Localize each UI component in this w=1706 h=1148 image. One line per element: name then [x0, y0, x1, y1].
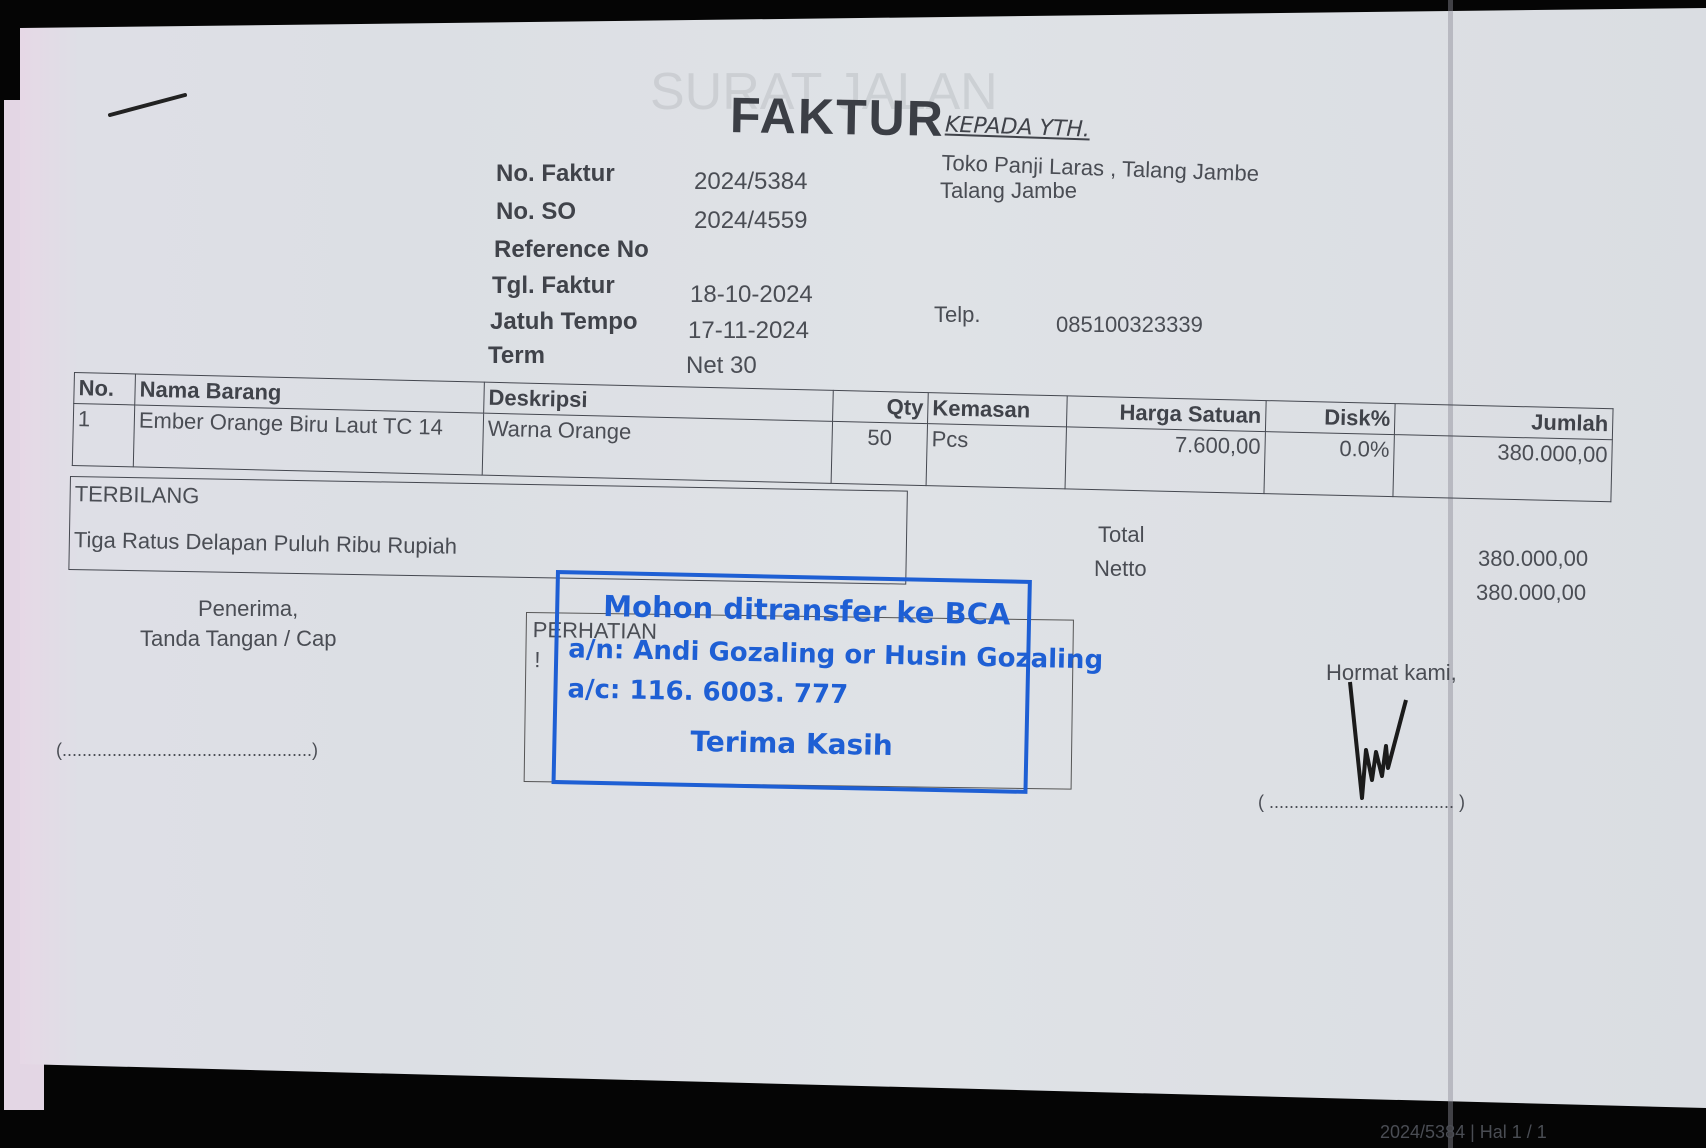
col-header-no: No.	[74, 373, 136, 405]
page-footer: 2024/5384 | Hal 1 / 1	[1380, 1122, 1547, 1143]
receiver-line1: Penerima,	[198, 596, 298, 622]
bank-transfer-stamp: Mohon ditransfer ke BCA a/n: Andi Gozali…	[552, 570, 1032, 794]
meta-value-tgl-faktur: 18-10-2024	[690, 281, 813, 309]
phone-value: 085100323339	[1056, 312, 1203, 338]
meta-label-reference: Reference No	[494, 236, 649, 264]
cell-harga: 7.600,00	[1065, 427, 1265, 494]
cell-disk: 0.0%	[1264, 432, 1394, 497]
meta-label-no-so: No. SO	[496, 198, 576, 226]
terbilang-text: Tiga Ratus Delapan Puluh Ribu Rupiah	[74, 527, 458, 560]
stamp-line1: Mohon ditransfer ke BCA	[603, 589, 1011, 632]
total-label: Total	[1098, 522, 1144, 548]
perhatian-text: !	[534, 647, 540, 673]
col-header-jumlah: Jumlah	[1394, 404, 1613, 440]
meta-value-no-so: 2024/4559	[694, 207, 807, 235]
meta-label-term: Term	[488, 342, 545, 370]
meta-label-tgl-faktur: Tgl. Faktur	[492, 272, 615, 300]
cell-jumlah: 380.000,00	[1393, 435, 1612, 502]
terbilang-label: TERBILANG	[74, 481, 199, 509]
meta-label-jatuh-tempo: Jatuh Tempo	[490, 308, 638, 336]
sender-sign-line: ( ..................................... …	[1258, 792, 1465, 813]
signature-icon	[1348, 680, 1428, 810]
meta-value-term: Net 30	[686, 352, 757, 380]
cell-qty: 50	[831, 421, 927, 485]
recipient-line2: Talang Jambe	[940, 178, 1077, 204]
cell-kemasan: Pcs	[926, 424, 1066, 489]
netto-value: 380.000,00	[1476, 580, 1586, 606]
meta-value-jatuh-tempo: 17-11-2024	[688, 317, 809, 345]
phone-label: Telp.	[934, 302, 980, 328]
stamp-line4: Terima Kasih	[690, 725, 893, 762]
cell-nama: Ember Orange Biru Laut TC 14	[133, 405, 483, 475]
recipient-heading: KEPADA YTH.	[945, 112, 1091, 142]
terbilang-box: TERBILANG Tiga Ratus Delapan Puluh Ribu …	[68, 476, 908, 585]
meta-label-no-faktur: No. Faktur	[496, 160, 615, 188]
meta-value-no-faktur: 2024/5384	[694, 168, 807, 196]
document-title: FAKTUR	[730, 86, 946, 148]
col-header-kemasan: Kemasan	[928, 393, 1068, 427]
netto-label: Netto	[1094, 556, 1147, 582]
col-header-qty: Qty	[833, 390, 929, 423]
stamp-line2: a/n: Andi Gozaling or Husin Gozaling	[568, 634, 1103, 675]
paper-fold-line	[1448, 0, 1453, 1148]
receiver-line2: Tanda Tangan / Cap	[140, 626, 337, 652]
receiver-sign-line: (.......................................…	[56, 740, 318, 761]
col-header-harga: Harga Satuan	[1066, 396, 1266, 432]
total-value: 380.000,00	[1478, 546, 1588, 572]
cell-no: 1	[72, 404, 134, 467]
cell-deskripsi: Warna Orange	[482, 413, 832, 483]
pen-mark-icon	[100, 85, 200, 125]
stamp-line3: a/c: 116. 6003. 777	[567, 674, 848, 710]
col-header-disk: Disk%	[1265, 401, 1395, 435]
